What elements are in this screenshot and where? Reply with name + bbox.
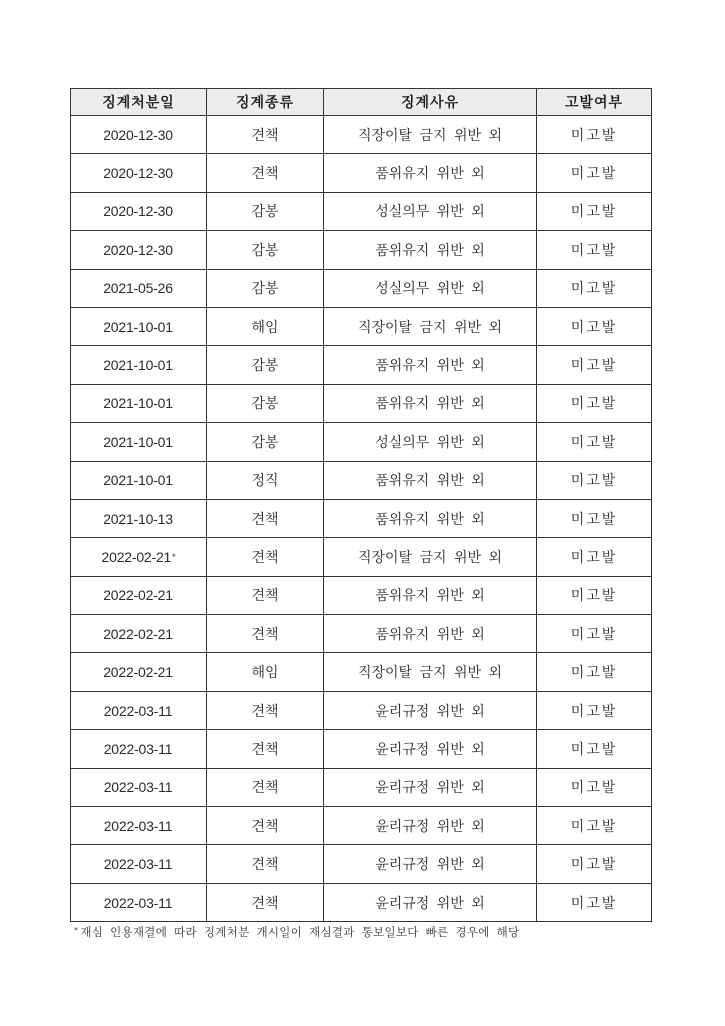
cell-discipline-reason: 품위유지 위반 외: [324, 346, 537, 384]
table-row: 2021-05-26감봉성실의무 위반 외미고발: [71, 269, 652, 307]
cell-referral-status: 미고발: [537, 384, 652, 422]
table-row: 2021-10-01감봉품위유지 위반 외미고발: [71, 346, 652, 384]
cell-discipline-reason: 품위유지 위반 외: [324, 576, 537, 614]
cell-referral-status: 미고발: [537, 845, 652, 883]
date-text: 2021-10-13: [103, 511, 173, 527]
footnote: *재심 인용재결에 따라 징계처분 개시일이 재심결과 통보일보다 빠른 경우에…: [74, 924, 519, 940]
cell-discipline-type: 해임: [207, 653, 324, 691]
table-row: 2022-02-21*견책직장이탈 금지 위반 외미고발: [71, 538, 652, 576]
date-text: 2022-02-21: [103, 626, 173, 642]
cell-discipline-reason: 성실의무 위반 외: [324, 269, 537, 307]
cell-discipline-reason: 윤리규정 위반 외: [324, 883, 537, 921]
table-row: 2020-12-30견책품위유지 위반 외미고발: [71, 154, 652, 192]
table-row: 2020-12-30견책직장이탈 금지 위반 외미고발: [71, 116, 652, 154]
date-text: 2022-03-11: [104, 818, 173, 834]
cell-disposition-date: 2022-02-21: [71, 615, 207, 653]
footnote-text: 재심 인용재결에 따라 징계처분 개시일이 재심결과 통보일보다 빠른 경우에 …: [80, 925, 519, 939]
table-row: 2020-12-30감봉품위유지 위반 외미고발: [71, 231, 652, 269]
date-text: 2022-03-11: [104, 779, 173, 795]
cell-disposition-date: 2020-12-30: [71, 116, 207, 154]
table-row: 2021-10-01감봉품위유지 위반 외미고발: [71, 384, 652, 422]
asterisk-mark: *: [172, 552, 175, 562]
date-text: 2022-03-11: [104, 895, 173, 911]
cell-discipline-reason: 직장이탈 금지 위반 외: [324, 538, 537, 576]
cell-discipline-reason: 직장이탈 금지 위반 외: [324, 653, 537, 691]
date-text: 2020-12-30: [103, 165, 173, 181]
table-row: 2022-03-11견책윤리규정 위반 외미고발: [71, 807, 652, 845]
cell-referral-status: 미고발: [537, 423, 652, 461]
cell-discipline-reason: 윤리규정 위반 외: [324, 730, 537, 768]
cell-referral-status: 미고발: [537, 653, 652, 691]
table-row: 2022-02-21해임직장이탈 금지 위반 외미고발: [71, 653, 652, 691]
cell-discipline-reason: 품위유지 위반 외: [324, 231, 537, 269]
cell-referral-status: 미고발: [537, 730, 652, 768]
date-text: 2020-12-30: [103, 242, 173, 258]
cell-disposition-date: 2022-03-11: [71, 730, 207, 768]
table-row: 2022-03-11견책윤리규정 위반 외미고발: [71, 730, 652, 768]
cell-disposition-date: 2022-02-21*: [71, 538, 207, 576]
cell-discipline-type: 정직: [207, 461, 324, 499]
cell-discipline-type: 감봉: [207, 269, 324, 307]
cell-discipline-reason: 윤리규정 위반 외: [324, 691, 537, 729]
date-text: 2022-02-21: [103, 587, 173, 603]
cell-referral-status: 미고발: [537, 154, 652, 192]
cell-referral-status: 미고발: [537, 538, 652, 576]
date-text: 2021-05-26: [103, 280, 173, 296]
date-text: 2022-03-11: [104, 741, 173, 757]
cell-referral-status: 미고발: [537, 192, 652, 230]
date-text: 2020-12-30: [103, 203, 173, 219]
cell-discipline-type: 견책: [207, 768, 324, 806]
cell-referral-status: 미고발: [537, 307, 652, 345]
cell-referral-status: 미고발: [537, 269, 652, 307]
cell-discipline-type: 견책: [207, 730, 324, 768]
date-text: 2021-10-01: [103, 395, 173, 411]
table-header-row: 징계처분일 징계종류 징계사유 고발여부: [71, 89, 652, 116]
table-body: 2020-12-30견책직장이탈 금지 위반 외미고발2020-12-30견책품…: [71, 116, 652, 922]
cell-disposition-date: 2022-03-11: [71, 883, 207, 921]
cell-disposition-date: 2021-05-26: [71, 269, 207, 307]
table-row: 2022-03-11견책윤리규정 위반 외미고발: [71, 845, 652, 883]
cell-disposition-date: 2021-10-01: [71, 384, 207, 422]
cell-disposition-date: 2022-03-11: [71, 691, 207, 729]
date-text: 2022-02-21: [102, 549, 172, 565]
cell-discipline-reason: 품위유지 위반 외: [324, 499, 537, 537]
cell-referral-status: 미고발: [537, 807, 652, 845]
cell-discipline-type: 견책: [207, 845, 324, 883]
table-row: 2022-02-21견책품위유지 위반 외미고발: [71, 576, 652, 614]
cell-referral-status: 미고발: [537, 576, 652, 614]
table-row: 2021-10-01해임직장이탈 금지 위반 외미고발: [71, 307, 652, 345]
date-text: 2022-03-11: [104, 703, 173, 719]
document-page: 징계처분일 징계종류 징계사유 고발여부 2020-12-30견책직장이탈 금지…: [0, 0, 725, 1026]
cell-discipline-type: 견책: [207, 499, 324, 537]
cell-referral-status: 미고발: [537, 499, 652, 537]
cell-referral-status: 미고발: [537, 231, 652, 269]
cell-disposition-date: 2020-12-30: [71, 192, 207, 230]
cell-disposition-date: 2020-12-30: [71, 154, 207, 192]
table-row: 2022-02-21견책품위유지 위반 외미고발: [71, 615, 652, 653]
disciplinary-table: 징계처분일 징계종류 징계사유 고발여부 2020-12-30견책직장이탈 금지…: [70, 88, 652, 922]
cell-discipline-type: 견책: [207, 576, 324, 614]
cell-discipline-reason: 성실의무 위반 외: [324, 192, 537, 230]
cell-discipline-reason: 윤리규정 위반 외: [324, 845, 537, 883]
cell-discipline-reason: 윤리규정 위반 외: [324, 768, 537, 806]
cell-discipline-reason: 직장이탈 금지 위반 외: [324, 116, 537, 154]
cell-discipline-type: 견책: [207, 116, 324, 154]
header-referral-status: 고발여부: [537, 89, 652, 116]
table-row: 2021-10-01감봉성실의무 위반 외미고발: [71, 423, 652, 461]
date-text: 2021-10-01: [103, 472, 173, 488]
cell-disposition-date: 2022-02-21: [71, 576, 207, 614]
cell-discipline-reason: 품위유지 위반 외: [324, 615, 537, 653]
cell-discipline-type: 감봉: [207, 192, 324, 230]
cell-disposition-date: 2021-10-01: [71, 461, 207, 499]
cell-disposition-date: 2022-03-11: [71, 807, 207, 845]
date-text: 2022-03-11: [104, 856, 173, 872]
date-text: 2021-10-01: [103, 434, 173, 450]
cell-discipline-type: 감봉: [207, 423, 324, 461]
cell-discipline-type: 견책: [207, 538, 324, 576]
cell-discipline-type: 견책: [207, 615, 324, 653]
cell-discipline-type: 견책: [207, 807, 324, 845]
date-text: 2020-12-30: [103, 127, 173, 143]
table-row: 2021-10-13견책품위유지 위반 외미고발: [71, 499, 652, 537]
cell-discipline-reason: 품위유지 위반 외: [324, 384, 537, 422]
cell-disposition-date: 2021-10-01: [71, 346, 207, 384]
cell-referral-status: 미고발: [537, 615, 652, 653]
cell-discipline-type: 견책: [207, 883, 324, 921]
cell-discipline-type: 감봉: [207, 231, 324, 269]
table-row: 2022-03-11견책윤리규정 위반 외미고발: [71, 691, 652, 729]
cell-discipline-type: 감봉: [207, 384, 324, 422]
footnote-mark: *: [74, 926, 78, 935]
cell-discipline-reason: 품위유지 위반 외: [324, 154, 537, 192]
table-row: 2022-03-11견책윤리규정 위반 외미고발: [71, 883, 652, 921]
cell-referral-status: 미고발: [537, 691, 652, 729]
cell-discipline-reason: 품위유지 위반 외: [324, 461, 537, 499]
cell-discipline-reason: 윤리규정 위반 외: [324, 807, 537, 845]
header-discipline-reason: 징계사유: [324, 89, 537, 116]
cell-discipline-type: 감봉: [207, 346, 324, 384]
cell-referral-status: 미고발: [537, 116, 652, 154]
cell-referral-status: 미고발: [537, 346, 652, 384]
date-text: 2021-10-01: [103, 357, 173, 373]
cell-disposition-date: 2022-03-11: [71, 768, 207, 806]
cell-disposition-date: 2021-10-01: [71, 423, 207, 461]
cell-referral-status: 미고발: [537, 768, 652, 806]
cell-discipline-type: 견책: [207, 154, 324, 192]
cell-discipline-reason: 성실의무 위반 외: [324, 423, 537, 461]
header-discipline-type: 징계종류: [207, 89, 324, 116]
table-row: 2020-12-30감봉성실의무 위반 외미고발: [71, 192, 652, 230]
cell-referral-status: 미고발: [537, 461, 652, 499]
table-row: 2022-03-11견책윤리규정 위반 외미고발: [71, 768, 652, 806]
cell-referral-status: 미고발: [537, 883, 652, 921]
date-text: 2021-10-01: [103, 319, 173, 335]
header-disposition-date: 징계처분일: [71, 89, 207, 116]
cell-discipline-type: 해임: [207, 307, 324, 345]
cell-discipline-type: 견책: [207, 691, 324, 729]
cell-discipline-reason: 직장이탈 금지 위반 외: [324, 307, 537, 345]
cell-disposition-date: 2021-10-01: [71, 307, 207, 345]
cell-disposition-date: 2022-02-21: [71, 653, 207, 691]
table-row: 2021-10-01정직품위유지 위반 외미고발: [71, 461, 652, 499]
date-text: 2022-02-21: [103, 664, 173, 680]
cell-disposition-date: 2021-10-13: [71, 499, 207, 537]
cell-disposition-date: 2020-12-30: [71, 231, 207, 269]
cell-disposition-date: 2022-03-11: [71, 845, 207, 883]
